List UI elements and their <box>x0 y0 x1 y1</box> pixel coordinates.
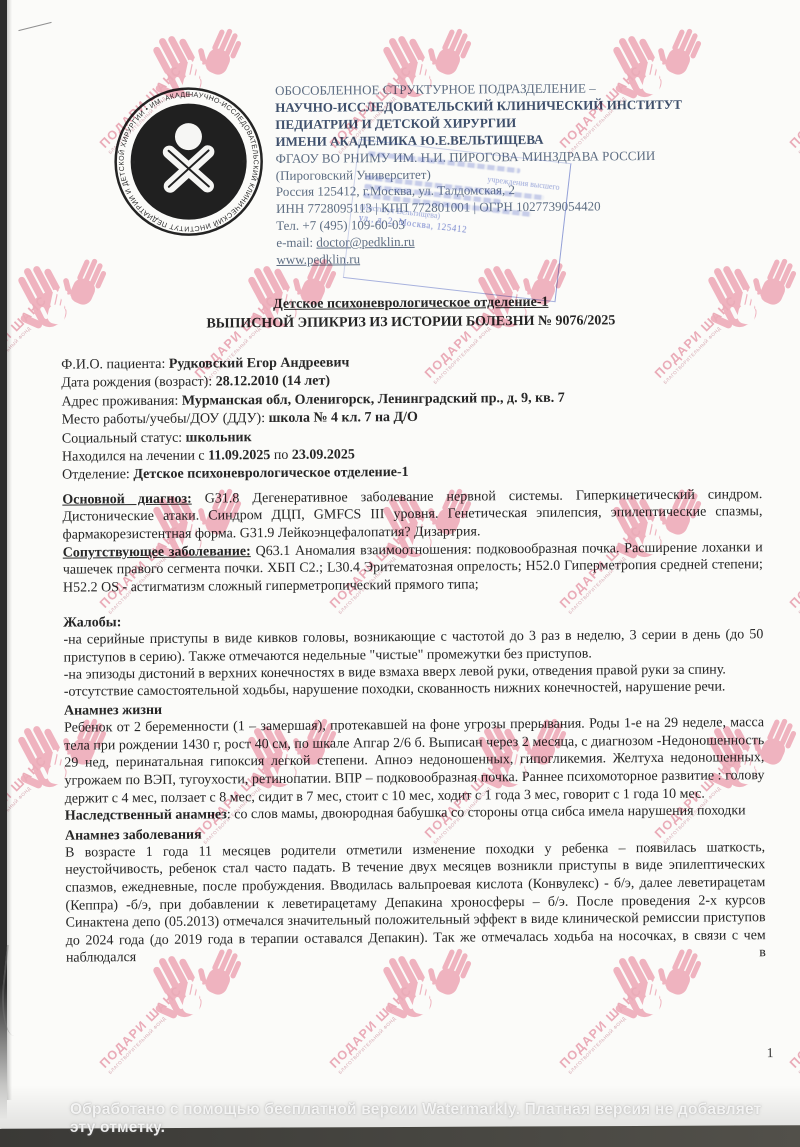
document-body: НАУЧНО-ИССЛЕДОВАТЕЛЬСКИЙ КЛИНИЧЕСКИЙ ИНС… <box>0 0 800 1147</box>
treatment-label: Находился на лечении с <box>62 449 208 465</box>
scan-left-edge-shadow <box>7 0 12 1100</box>
secondary-diagnosis-paragraph: Сопутствующее заболевание: Q63.1 Аномали… <box>63 539 763 597</box>
institute-seal: НАУЧНО-ИССЛЕДОВАТЕЛЬСКИЙ КЛИНИЧЕСКИЙ ИНС… <box>113 86 264 237</box>
main-diagnosis-paragraph: Основной диагноз: G31.8 Дегенеративное з… <box>62 486 762 544</box>
document-content: Детское психоневрологическое отделение-1… <box>61 291 766 967</box>
work-value: школа № 4 кл. 7 на Д/О <box>269 410 418 426</box>
blue-ink-stamp: учреждения высшего (Институт Вельтищева)… <box>343 139 572 302</box>
address-value: Мурманская обл, Оленигорск, Ленинградски… <box>182 391 565 409</box>
heredity-label: Наследственный анамнез <box>65 808 227 824</box>
dob-label: Дата рождения (возраст): <box>61 375 215 391</box>
anamnesis-life-section: Анамнез жизни Ребенок от 2 беременности … <box>64 698 765 825</box>
complaint-item: -на серийные приступы в виде кивков голо… <box>63 627 763 667</box>
fio-value: Рудковский Егор Андреевич <box>169 355 350 371</box>
anamnesis-life-text: Ребенок от 2 беременности (1 – замершая)… <box>64 714 765 807</box>
dob-value: 28.12.2010 (14 лет) <box>216 374 330 390</box>
treatment-mid: по <box>270 448 292 463</box>
email-label: e-mail: <box>276 235 316 250</box>
institute-seal-icon: НАУЧНО-ИССЛЕДОВАТЕЛЬСКИЙ КЛИНИЧЕСКИЙ ИНС… <box>113 86 264 237</box>
department-value: Детское психоневрологическое отделение-1 <box>133 465 408 482</box>
fio-label: Ф.И.О. пациента: <box>61 357 169 373</box>
watermarkly-caption: Обработано с помощью бесплатной версии W… <box>0 1101 800 1137</box>
patient-info: Ф.И.О. пациента: Рудковский Егор Андреев… <box>61 351 762 485</box>
epicrisis-title: ВЫПИСНОЙ ЭПИКРИЗ ИЗ ИСТОРИИ БОЛЕЗНИ № 90… <box>61 310 761 334</box>
address-label: Адрес проживания: <box>61 394 181 410</box>
status-value: школьник <box>186 430 252 446</box>
work-label: Место работы/учебы/ДОУ (ДДУ): <box>62 411 269 428</box>
department-label: Отделение: <box>62 468 133 484</box>
anamnesis-disease-section: Анамнез заболевания В возрасте 1 года 11… <box>65 823 766 968</box>
anamnesis-disease-text: В возрасте 1 года 11 месяцев родители от… <box>65 839 766 968</box>
heredity-text: : со слов мамы, двоюродная бабушка со ст… <box>227 803 746 822</box>
treatment-from: 11.09.2025 <box>208 448 270 463</box>
page-number: 1 <box>767 1045 774 1061</box>
status-label: Социальный статус: <box>62 430 186 446</box>
treatment-to: 23.09.2025 <box>292 447 355 462</box>
scanned-discharge-summary-page: НАУЧНО-ИССЛЕДОВАТЕЛЬСКИЙ КЛИНИЧЕСКИЙ ИНС… <box>0 0 800 1147</box>
complaints-section: Жалобы: -на серийные приступы в виде кив… <box>63 611 764 701</box>
secondary-diagnosis-label: Сопутствующее заболевание: <box>63 544 251 560</box>
document-title: Детское психоневрологическое отделение-1… <box>61 291 761 334</box>
main-diagnosis-label: Основной диагноз: <box>62 491 192 507</box>
